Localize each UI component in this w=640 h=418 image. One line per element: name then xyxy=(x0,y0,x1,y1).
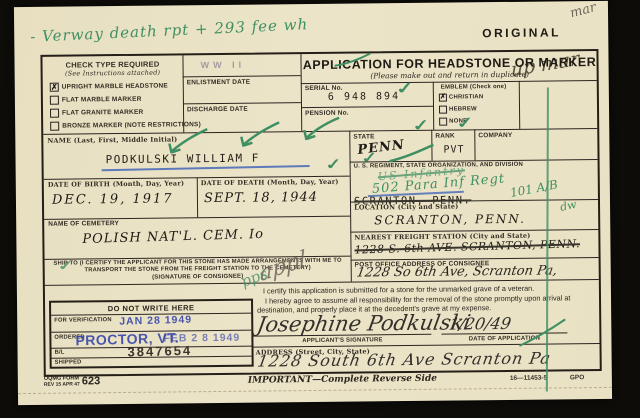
print-code: 16—11453-5 xyxy=(510,375,547,382)
signature-of-consignee-label: (SIGNATURE OF CONSIGNEE) xyxy=(45,273,351,282)
verification-date-stamp: JAN 28 1949 xyxy=(119,314,192,328)
state-value: PENN xyxy=(357,138,406,158)
check-type-option-label: BRONZE MARKER (NOTE RESTRICTIONS) xyxy=(62,121,201,129)
headstone-application-card: - Verway death rpt + 293 fee wh mar ORIG… xyxy=(14,1,612,405)
bl-number-stamp: 3847654 xyxy=(127,343,192,360)
date-of-application-label: DATE OF APPLICATION xyxy=(441,335,567,342)
check-type-option-label: UPRIGHT MARBLE HEADSTONE xyxy=(62,83,168,91)
applicant-signature: Josephine Podkulski xyxy=(255,310,472,336)
form-number: 623 xyxy=(82,375,100,387)
form-id-line2: REV 15 APR 47 xyxy=(44,381,80,387)
dev-green-note: dw xyxy=(559,198,578,214)
date-of-birth-value: DEC. 19, 1917 xyxy=(52,191,174,207)
check-type-option-label: FLAT MARBLE MARKER xyxy=(62,96,142,104)
original-label: ORIGINAL xyxy=(482,25,561,40)
rank-label: RANK xyxy=(435,133,455,140)
enlistment-date-label: ENLISTMENT DATE xyxy=(187,79,251,87)
important-note: IMPORTANT—Complete Reverse Side xyxy=(248,374,437,386)
post-office-value: 1228 So 6th Ave, Scranton Pa, xyxy=(355,263,558,280)
top-right-pencil-note: mar xyxy=(569,0,598,21)
do-not-write-box: DO NOT WRITE HERE FOR VERIFICATION ORDER… xyxy=(49,299,254,369)
company-label: COMPANY xyxy=(478,132,512,139)
form-subtitle: (Please make out and return in duplicate… xyxy=(303,69,597,81)
bl-label: B/L xyxy=(55,350,65,356)
name-label: NAME (Last, First, Middle Initial) xyxy=(47,135,177,144)
scanned-document-photo: { "colors":{"paper":"#eae2c4","green_ink… xyxy=(0,0,640,418)
name-value: PODKULSKI WILLIAM F xyxy=(105,152,259,167)
applicant-signature-label: APPLICANT'S SIGNATURE xyxy=(253,337,431,345)
cemetery-label: NAME OF CEMETERY xyxy=(48,220,119,228)
checkbox-flat-granite xyxy=(50,109,59,118)
state-label: STATE xyxy=(353,133,374,140)
rank-value: PVT xyxy=(443,144,464,155)
emblem-option-label: CHRISTIAN xyxy=(449,94,484,100)
location-label: LOCATION (City and State) xyxy=(354,202,459,211)
checkbox-christian: ✗ xyxy=(439,94,447,102)
top-green-annotation: - Verway death rpt + 293 fee wh xyxy=(30,15,309,46)
checkbox-none xyxy=(439,118,447,126)
for-verification-label: FOR VERIFICATION xyxy=(54,317,112,324)
gpo-label: GPO xyxy=(570,374,585,381)
emblem-option-label: NONE xyxy=(449,118,467,124)
date-of-death-value: SEPT. 18, 1944 xyxy=(204,190,318,206)
serial-no-value: 6 948 894 xyxy=(328,91,400,103)
form-id: OQMG FORM REV 15 APR 47 xyxy=(44,375,80,387)
discharge-date-label: DISCHARGE DATE xyxy=(187,106,248,114)
check-type-option-label: FLAT GRANITE MARKER xyxy=(62,109,143,117)
emblem-option-label: HEBREW xyxy=(449,106,477,112)
emblem-label: EMBLEM (Check one) xyxy=(441,84,507,91)
ww2-stamp: WW II xyxy=(200,60,245,70)
blue-underline xyxy=(102,165,310,171)
date-of-death-label: DATE OF DEATH (Month, Day, Year) xyxy=(201,178,339,187)
checkbox-hebrew xyxy=(439,106,447,114)
date-of-birth-label: DATE OF BIRTH (Month, Day, Year) xyxy=(48,179,184,188)
pension-no-label: PENSION No. xyxy=(305,110,349,117)
location-value: SCRANTON, PENN. xyxy=(374,212,526,228)
shipped-label: SHIPPED xyxy=(55,359,82,365)
checkbox-upright-marble: ✗ xyxy=(50,83,59,92)
regiment-division-value: 101 A/B xyxy=(509,177,559,200)
checkbox-bronze xyxy=(50,122,59,131)
form-main-box: CHECK TYPE REQUIRED (See Instructions at… xyxy=(40,49,601,377)
check-type-subtitle: (See Instructions attached) xyxy=(43,68,183,77)
cemetery-value: POLISH NAT'L. CEM. Io xyxy=(82,227,264,247)
application-date-value: 1/20/49 xyxy=(448,314,513,334)
perforation-line xyxy=(18,387,612,394)
address-value: 1228 South 6th Ave Scranton Pa xyxy=(256,348,553,370)
checkbox-flat-marble xyxy=(50,96,59,105)
